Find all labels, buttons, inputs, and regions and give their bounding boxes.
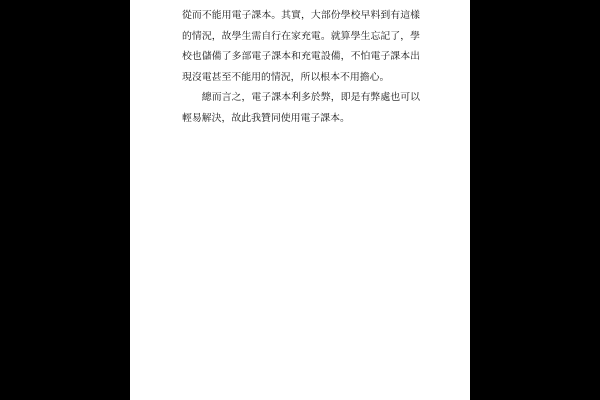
paragraph-conclusion: 總而言之，電子課本利多於弊，即是有弊處也可以輕易解決，故此我贊同使用電子課本。 [182,88,420,129]
paragraph-continuation: 從而不能用電子課本。其實，大部份學校早料到有這樣的情況，故學生需自行在家充電。就… [182,6,420,88]
document-viewer: 從而不能用電子課本。其實，大部份學校早料到有這樣的情況，故學生需自行在家充電。就… [0,0,600,400]
document-page: 從而不能用電子課本。其實，大部份學校早料到有這樣的情況，故學生需自行在家充電。就… [130,0,470,400]
page-body: 從而不能用電子課本。其實，大部份學校早料到有這樣的情況，故學生需自行在家充電。就… [182,6,420,130]
